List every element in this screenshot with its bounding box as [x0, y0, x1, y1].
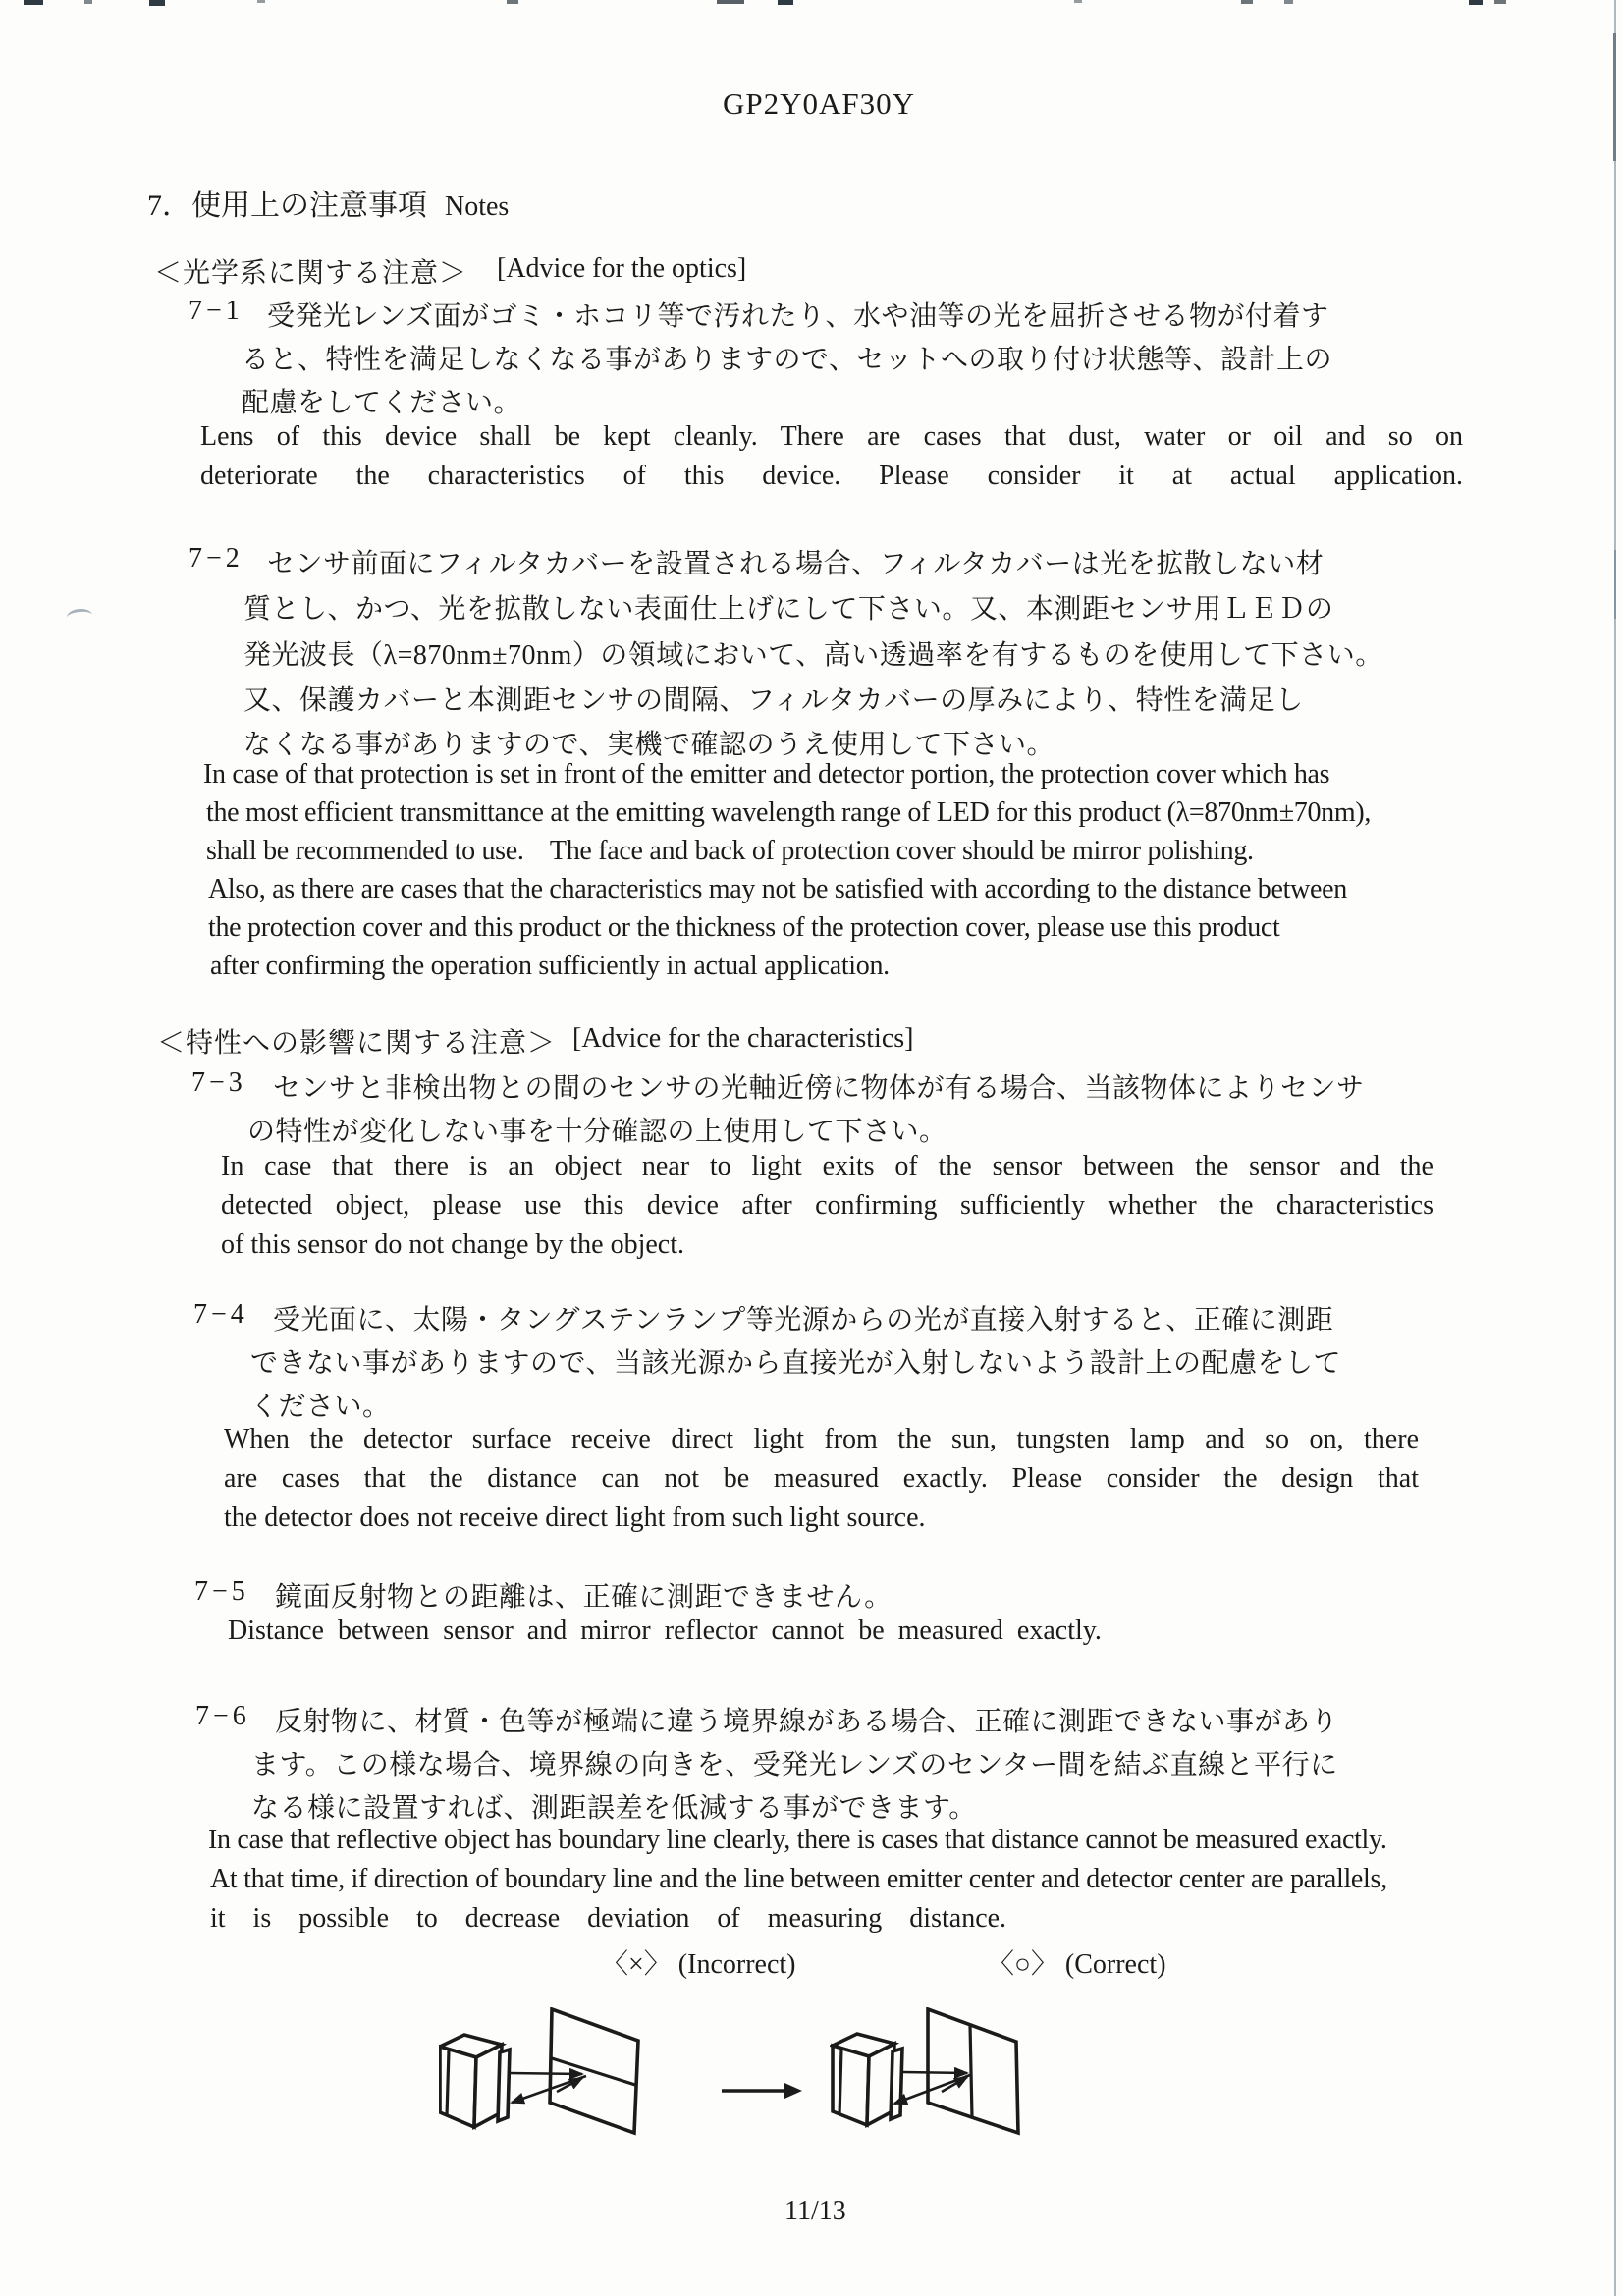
note-jp-line: 質とし、かつ、光を拡散しない表面仕上げにして下さい。又、本測距センサ用ＬＥＤの — [243, 587, 1333, 627]
note-en-line: it is possible to decrease deviation of … — [210, 1903, 1006, 1935]
note-number: 7−1 — [189, 296, 243, 327]
note-en-line: In case of that protection is set in fro… — [203, 759, 1329, 791]
note-jp-line: なくなる事がありますので、実機で確認のうえ使用して下さい。 — [243, 723, 1055, 762]
note-en-line: the protection cover and this product or… — [208, 912, 1280, 944]
scan-artifact — [1284, 0, 1293, 4]
section-title-en: Notes — [445, 191, 509, 222]
section-title: 7．使用上の注意事項Notes — [132, 163, 509, 242]
figure-incorrect-diagram — [439, 1972, 645, 2175]
correct-diagram-svg — [830, 2007, 1024, 2140]
datasheet-page: GP2Y0AF30Y 7．使用上の注意事項Notes ＜光学系に関する注意＞ [… — [0, 0, 1623, 2296]
page-title-product-code: GP2Y0AF30Y — [723, 86, 915, 122]
scan-artifact — [149, 0, 165, 6]
scan-artifact-right-edge-line — [1614, 0, 1616, 2296]
note-en-line: When the detector surface receive direct… — [224, 1424, 1419, 1455]
subsection-characteristics-heading-jp: ＜特性への影響に関する注意＞ — [157, 1021, 556, 1061]
note-number: 7−2 — [189, 543, 243, 574]
page-number: 11/13 — [784, 2196, 846, 2227]
scan-artifact — [717, 0, 744, 4]
note-en-line: the most efficient transmittance at the … — [206, 797, 1371, 829]
emitted-ray-arrow-icon — [902, 2072, 967, 2073]
note-en-line: of this sensor do not change by the obje… — [221, 1230, 684, 1261]
transform-arrow-icon — [720, 2080, 804, 2102]
note-jp-line: センサと非検出物との間のセンサの光軸近傍に物体が有る場合、当該物体によりセンサ — [273, 1066, 1365, 1106]
note-en-line: are cases that the distance can not be m… — [224, 1463, 1419, 1495]
note-en-line: the detector does not receive direct lig… — [224, 1503, 926, 1534]
note-en-line: At that time, if direction of boundary l… — [210, 1864, 1387, 1895]
target-plane-vertical-boundary-icon — [928, 2009, 1018, 2133]
note-jp-line: センサ前面にフィルタカバーを設置される場合、フィルタカバーは光を拡散しない材 — [267, 542, 1324, 581]
note-jp-line: ください。 — [250, 1385, 391, 1424]
note-en-line: Also, as there are cases that the charac… — [208, 874, 1347, 905]
section-title-jp: 7．使用上の注意事項 — [147, 190, 427, 222]
note-number: 7−6 — [195, 1701, 250, 1732]
scan-artifact — [1494, 0, 1506, 4]
scan-artifact — [24, 0, 43, 5]
note-jp-line: 配慮をしてください。 — [242, 381, 521, 420]
figure-correct-diagram — [830, 1972, 1024, 2175]
note-en-line: detected object, please use this device … — [221, 1190, 1434, 1222]
subsection-optics-heading-en: [Advice for the optics] — [497, 253, 746, 285]
note-jp-line: ると、特性を満足しなくなる事がありますので、セットへの取り付け状態等、設計上の — [242, 338, 1332, 377]
scan-artifact-left-margin-mark — [66, 608, 92, 626]
incorrect-diagram-svg — [439, 2007, 645, 2140]
subsection-optics-heading-jp: ＜光学系に関する注意＞ — [154, 251, 467, 291]
note-jp-line: 又、保護カバーと本測距センサの間隔、フィルタカバーの厚みにより、特性を満足し — [243, 679, 1304, 718]
note-en-line: In case that reflective object has bound… — [208, 1825, 1387, 1856]
note-jp-line: 受発光レンズ面がゴミ・ホコリ等で汚れたり、水や油等の光を屈折させる物が付着す — [267, 295, 1328, 334]
scan-artifact — [1614, 550, 1616, 619]
target-plane-horizontal-boundary-icon — [550, 2009, 638, 2133]
scan-artifact — [1613, 33, 1616, 161]
note-number: 7−5 — [194, 1576, 249, 1608]
note-en-line: deteriorate the characteristics of this … — [200, 461, 1463, 492]
subsection-characteristics-heading-en: [Advice for the characteristics] — [572, 1023, 913, 1055]
scan-artifact — [257, 0, 265, 3]
scan-artifact — [84, 0, 92, 4]
note-jp-line: なる様に設置すれば、測距誤差を低減する事ができます。 — [251, 1786, 977, 1826]
note-number: 7−3 — [191, 1067, 246, 1099]
scan-artifact — [507, 0, 518, 4]
sensor-box-icon — [833, 2034, 902, 2125]
emitted-ray-arrow-icon — [509, 2073, 582, 2074]
note-number: 7−4 — [193, 1299, 248, 1331]
note-jp-line: の特性が変化しない事を十分確認の上使用して下さい。 — [247, 1110, 947, 1149]
note-en-line: shall be recommended to use. The face an… — [206, 836, 1254, 867]
note-jp-line: できない事がありますので、当該光源から直接光が入射しないよう設計上の配慮をして — [250, 1341, 1341, 1381]
note-en-line: In case that there is an object near to … — [221, 1151, 1434, 1182]
note-en-line: Lens of this device shall be kept cleanl… — [200, 421, 1463, 453]
scan-artifact — [1469, 0, 1483, 5]
sensor-box-icon — [440, 2035, 510, 2127]
note-en-line: after confirming the operation sufficien… — [210, 951, 890, 982]
note-en-line: Distance between sensor and mirror refle… — [228, 1615, 1102, 1647]
scan-artifact — [1074, 0, 1082, 3]
note-jp-line: 鏡面反射物との距離は、正確に測距できません。 — [275, 1575, 893, 1614]
note-jp-line: ます。この様な場合、境界線の向きを、受発光レンズのセンター間を結ぶ直線と平行に — [251, 1743, 1338, 1782]
scan-artifact — [1241, 0, 1253, 4]
note-jp-line: 受光面に、太陽・タングステンランプ等光源からの光が直接入射すると、正確に測距 — [273, 1298, 1333, 1338]
figure-transform-arrow — [720, 2045, 804, 2137]
scan-artifact — [778, 0, 793, 5]
note-jp-line: 発光波長（λ=870nm±70nm）の領域において、高い透過率を有するものを使用… — [243, 633, 1383, 673]
note-jp-line: 反射物に、材質・色等が極端に違う境界線がある場合、正確に測距できない事があり — [275, 1700, 1338, 1739]
